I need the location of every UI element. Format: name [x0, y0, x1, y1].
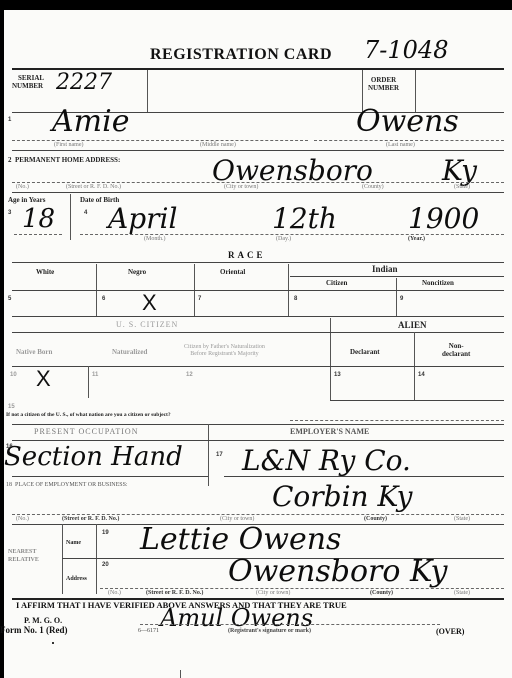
home-address-label-text: PERMANENT HOME ADDRESS:	[15, 156, 120, 164]
field-number: 18	[6, 482, 12, 488]
native-born-label: Native Born	[16, 348, 52, 356]
serial-number-value: 2227	[56, 70, 112, 95]
field-number: 13	[334, 372, 341, 378]
middle-name-caption: (Middle name)	[200, 142, 236, 148]
field-number: 5	[8, 296, 11, 302]
birth-day-value: 12th	[272, 202, 337, 235]
nearest-relative-label: NEAREST RELATIVE	[8, 548, 39, 564]
employer-value: L&N Ry Co.	[242, 444, 411, 477]
scan-speck	[52, 642, 54, 644]
relative-caption-county: (County)	[370, 590, 393, 596]
field-number: 3	[8, 210, 11, 216]
last-name-caption: (Last name)	[386, 142, 415, 148]
divider	[12, 192, 504, 193]
pmgo-label: P. M. G. O.	[24, 616, 62, 625]
serial-label-line2: NUMBER	[12, 82, 44, 90]
order-label-line1: ORDER	[368, 76, 399, 84]
first-name-value: Amie	[52, 104, 129, 139]
card-code: 7-1048	[364, 36, 448, 64]
form-number: Form No. 1 (Red)	[0, 625, 67, 635]
field-number: 14	[418, 372, 425, 378]
employment-caption-state: (State)	[454, 516, 470, 522]
native-born-mark: X	[36, 366, 51, 392]
nationality-question: If not a citizen of the U. S., of what n…	[6, 412, 171, 418]
field-number: 9	[400, 296, 403, 302]
field-number: 8	[294, 296, 297, 302]
divider	[88, 366, 89, 398]
divider	[80, 234, 504, 235]
naturalized-label: Naturalized	[112, 348, 147, 356]
serial-label: SERIAL NUMBER	[12, 74, 44, 90]
non-declarant-label: Non- declarant	[442, 342, 470, 358]
divider	[290, 276, 504, 277]
field-number: 17	[216, 452, 223, 458]
divider	[12, 182, 504, 183]
divider	[396, 278, 397, 316]
serial-label-line1: SERIAL	[12, 74, 44, 82]
relative-caption-city: (City or town)	[256, 590, 290, 596]
signature-caption: (Registrant's signature or mark)	[228, 628, 311, 634]
citizen-by-father-line2: Before Registrant's Majority	[184, 351, 265, 358]
divider	[12, 290, 504, 291]
relative-caption-state: (State)	[454, 590, 470, 596]
address-caption-state: (State)	[454, 184, 470, 190]
place-of-employment-label: 18 PLACE OF EMPLOYMENT OR BUSINESS:	[6, 482, 128, 488]
divider	[12, 366, 504, 367]
place-of-employment-label-text: PLACE OF EMPLOYMENT OR BUSINESS:	[15, 482, 128, 488]
citizen-by-father-label: Citizen by Father's Naturalization Befor…	[184, 344, 265, 358]
order-label-line2: NUMBER	[368, 84, 399, 92]
field-number: 7	[198, 296, 201, 302]
print-code: 6—6171	[138, 628, 159, 634]
alien-title: ALIEN	[398, 320, 427, 330]
address-caption-no: (No.)	[16, 184, 29, 190]
divider	[147, 70, 148, 112]
order-label: ORDER NUMBER	[368, 76, 399, 92]
divider	[224, 476, 504, 477]
over-label: (OVER)	[436, 627, 464, 636]
first-name-caption: (First name)	[54, 142, 84, 148]
birth-year-caption: (Year.)	[408, 236, 425, 242]
employment-caption-county: (County)	[364, 516, 387, 522]
card-title: REGISTRATION CARD	[150, 46, 332, 64]
indian-citizen-label: Citizen	[326, 279, 347, 287]
relative-name-label: Name	[66, 540, 81, 546]
indian-noncitizen-label: Noncitizen	[422, 279, 454, 287]
divider	[12, 440, 504, 441]
registration-card: REGISTRATION CARD 7-1048 SERIAL NUMBER 2…	[4, 10, 512, 678]
divider	[62, 524, 63, 594]
divider	[140, 624, 440, 625]
divider	[14, 234, 62, 235]
divider	[12, 316, 504, 317]
employer-label: EMPLOYER'S NAME	[290, 427, 369, 436]
employment-caption-street: (Street or R. F. D. No.)	[62, 516, 119, 522]
non-declarant-line1: Non-	[442, 342, 470, 350]
home-address-label: 2 PERMANENT HOME ADDRESS:	[8, 156, 120, 164]
nearest-relative-line1: NEAREST	[8, 548, 39, 556]
age-value: 18	[22, 204, 55, 234]
employment-caption-no: (No.)	[16, 516, 29, 522]
race-oriental-label: Oriental	[220, 268, 245, 276]
race-title: RACE	[228, 250, 266, 260]
field-number: 6	[102, 296, 105, 302]
occupation-value: Section Hand	[4, 442, 183, 472]
occupation-label: PRESENT OCCUPATION	[34, 427, 138, 436]
field-number: 12	[186, 372, 193, 378]
place-of-employment-value: Corbin Ky	[272, 480, 412, 513]
birth-month-caption: (Month.)	[144, 236, 166, 242]
field-number: 11	[92, 372, 98, 378]
race-indian-label: Indian	[372, 264, 398, 274]
relative-caption-no: (No.)	[108, 590, 121, 596]
divider	[330, 318, 331, 400]
scan-speck	[180, 670, 181, 678]
divider	[12, 332, 504, 333]
field-number: 15	[8, 404, 15, 410]
address-caption-county: (County)	[362, 184, 384, 190]
relative-name-value: Lettie Owens	[140, 522, 341, 557]
field-number: 1	[8, 117, 11, 123]
relative-caption-street: (Street or R. F. D. No.)	[146, 590, 203, 596]
relative-address-label: Address	[66, 576, 87, 582]
divider	[12, 476, 208, 477]
divider	[314, 140, 504, 141]
divider	[12, 150, 504, 151]
divider	[96, 524, 97, 594]
relative-address-value: Owensboro Ky	[228, 554, 447, 589]
citizen-by-father-line1: Citizen by Father's Naturalization	[184, 344, 265, 351]
divider	[330, 400, 504, 401]
non-declarant-line2: declarant	[442, 350, 470, 358]
field-number: 4	[84, 210, 87, 216]
divider	[12, 514, 504, 515]
divider	[100, 588, 504, 589]
address-caption-street: (Street or R. F. D. No.)	[66, 184, 121, 190]
declarant-label: Declarant	[350, 348, 380, 356]
field-number: 19	[102, 530, 109, 536]
divider	[12, 262, 504, 263]
divider	[208, 424, 209, 486]
divider	[290, 420, 504, 421]
last-name-value: Owens	[356, 104, 459, 139]
divider	[12, 424, 504, 425]
field-number: 20	[102, 562, 109, 568]
birth-year-value: 1900	[408, 202, 479, 235]
nearest-relative-line2: RELATIVE	[8, 556, 39, 564]
birth-day-caption: (Day.)	[276, 236, 291, 242]
divider	[12, 140, 308, 141]
field-number: 10	[10, 372, 17, 378]
age-label: Age in Years	[8, 196, 45, 204]
race-negro-label: Negro	[128, 268, 146, 276]
race-white-label: White	[36, 268, 54, 276]
us-citizen-title: U. S. CITIZEN	[116, 320, 178, 329]
address-caption-city: (City or town)	[224, 184, 258, 190]
field-number: 2	[8, 156, 12, 164]
birth-month-value: April	[108, 202, 177, 235]
race-negro-mark: X	[142, 290, 157, 316]
divider	[70, 194, 71, 240]
